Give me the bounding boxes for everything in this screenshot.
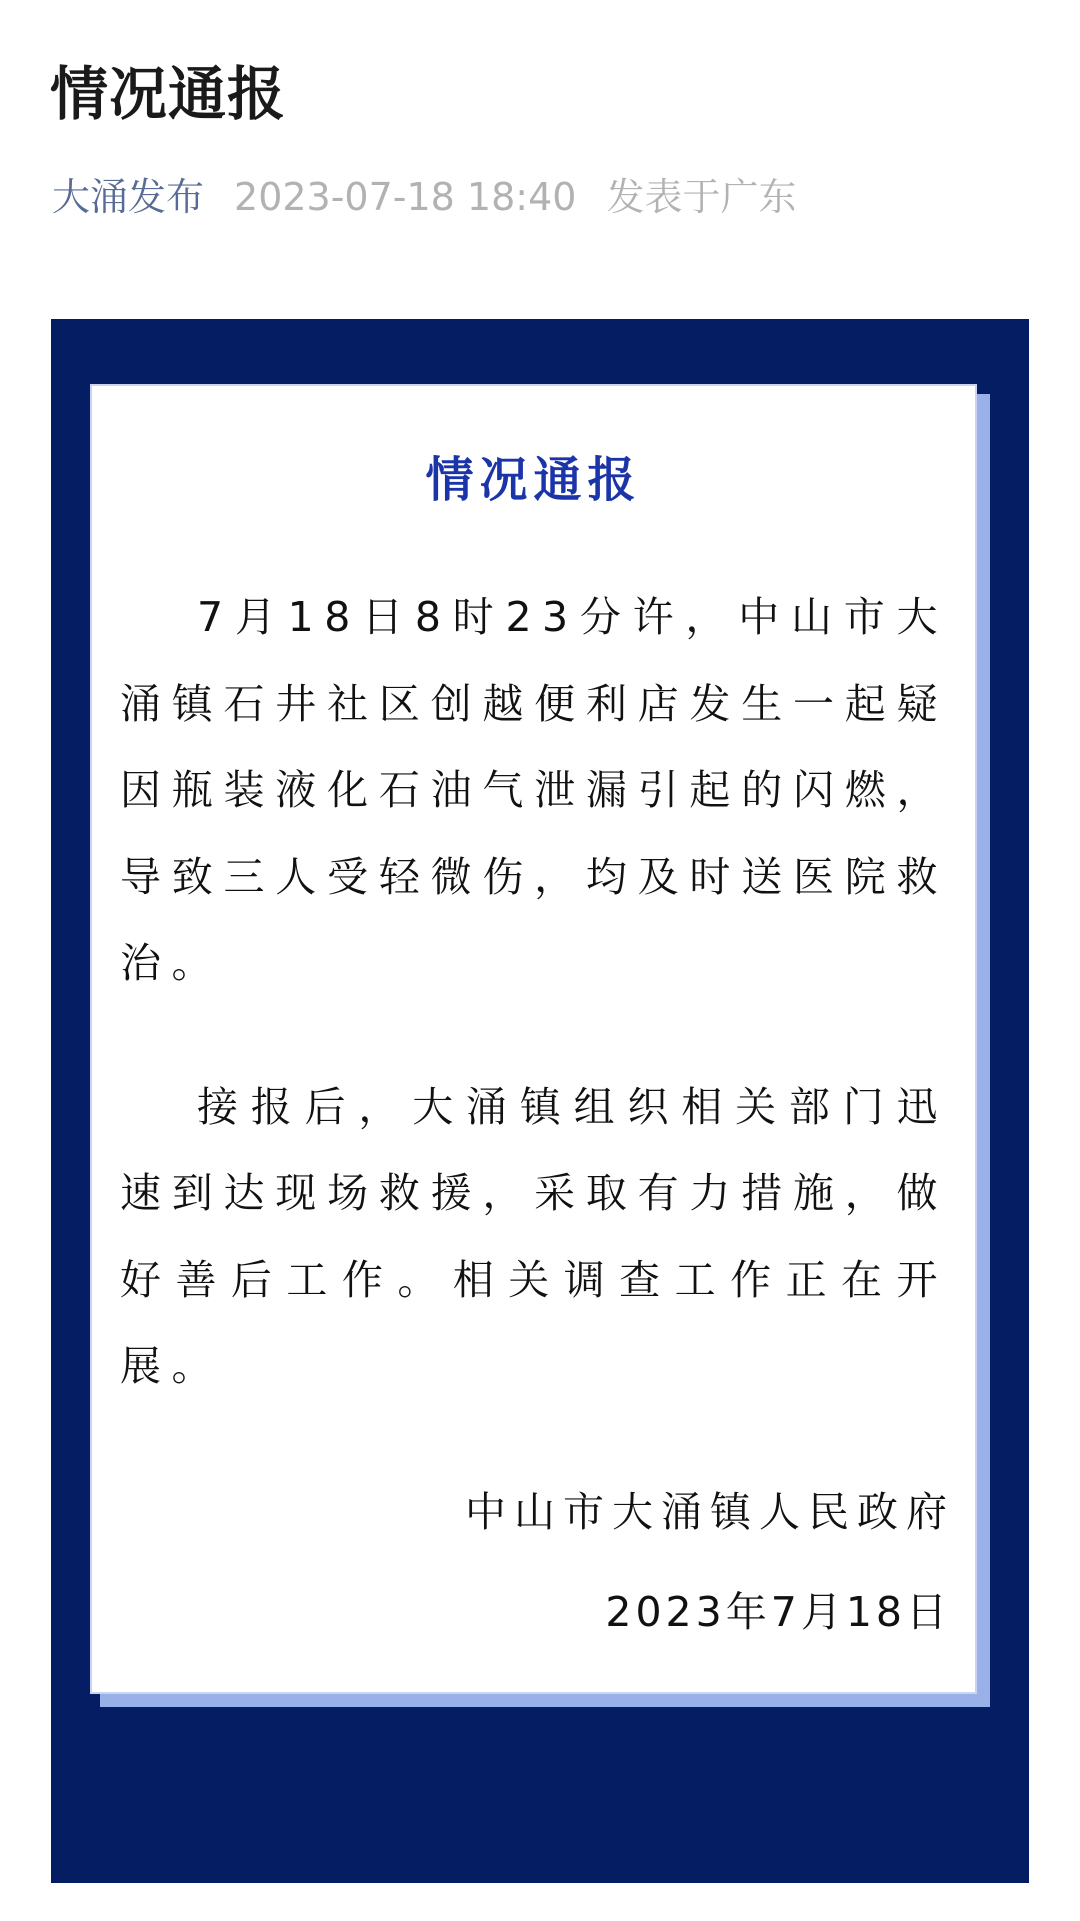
notice-poster-image: 情况通报 7月18日8时23分许，中山市大涌镇石井社区创越便利店发生一起疑因瓶装… [51,319,1029,1883]
notice-issuer: 中山市大涌镇人民政府 [465,1482,955,1542]
account-name-link[interactable]: 大涌发布 [52,172,204,222]
notice-paragraph: 接报后，大涌镇组织相关部门迅速到达现场救援，采取有力措施，做好善后工作。相关调查… [120,1064,948,1410]
notice-date: 2023年7月18日 [605,1582,951,1642]
notice-paragraph: 7月18日8时23分许，中山市大涌镇石井社区创越便利店发生一起疑因瓶装液化石油气… [120,574,948,1007]
notice-card: 情况通报 7月18日8时23分许，中山市大涌镇石井社区创越便利店发生一起疑因瓶装… [90,384,977,1694]
publish-time: 2023-07-18 18:40 [234,172,576,222]
notice-body: 7月18日8时23分许，中山市大涌镇石井社区创越便利店发生一起疑因瓶装液化石油气… [120,574,948,1467]
notice-title: 情况通报 [90,450,977,510]
article-meta: 大涌发布 2023-07-18 18:40 发表于广东 [52,172,796,222]
publish-location: 发表于广东 [606,172,796,222]
article-title: 情况通报 [50,58,286,130]
